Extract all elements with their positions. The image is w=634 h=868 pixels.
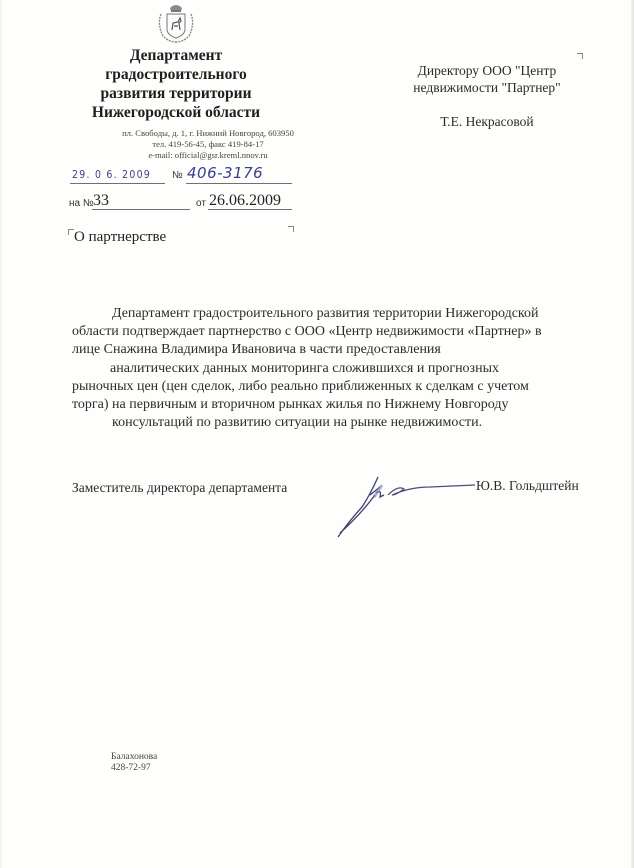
recipient-name: Т.Е. Некрасовой xyxy=(376,114,598,130)
organization-name: Департамент градостроительного развития … xyxy=(90,46,262,122)
signatory-title: Заместитель директора департамента xyxy=(72,480,287,496)
executor-info: Балахонова 428-72-97 xyxy=(111,752,157,774)
ref-date: 26.06.2009 xyxy=(209,192,281,210)
body-line: торга) на первичным и вторичном рынках ж… xyxy=(72,397,509,413)
recipient-line: недвижимости "Партнер" xyxy=(376,79,598,96)
outgoing-number: 406-3176 xyxy=(187,164,263,182)
recipient-block: Директору ООО "Центр недвижимости "Партн… xyxy=(376,62,598,96)
address-line: пл. Свободы, д. 1, г. Нижний Новгород, 6… xyxy=(90,128,326,139)
body-line: аналитических данных мониторинга сложивш… xyxy=(110,361,499,377)
email-line: e-mail: official@gsr.kreml.nnov.ru xyxy=(90,150,326,161)
body-line: лице Снажина Владимира Ивановича в части… xyxy=(72,342,441,358)
org-line: развития территории xyxy=(90,84,262,103)
page-edge-left xyxy=(0,0,2,868)
registration-date-stamp: 29. 0 6. 2009 xyxy=(72,168,151,181)
org-line: Нижегородской области xyxy=(90,103,262,122)
ref-date-label: от xyxy=(196,198,206,209)
coat-of-arms-icon xyxy=(153,2,199,44)
executor-phone: 428-72-97 xyxy=(111,763,157,774)
org-line: градостроительного xyxy=(90,65,262,84)
subject-corner-right xyxy=(288,226,294,232)
ref-number-label: на № xyxy=(69,198,94,209)
signature-icon xyxy=(330,465,480,545)
body-line: области подтверждает партнерство с ООО «… xyxy=(72,324,542,340)
body-line: рыночных цен (цен сделок, либо реально п… xyxy=(72,379,529,395)
body-line: Департамент градостроительного развития … xyxy=(112,306,539,322)
organization-address: пл. Свободы, д. 1, г. Нижний Новгород, 6… xyxy=(90,128,326,161)
executor-name: Балахонова xyxy=(111,752,157,763)
number-label: № xyxy=(172,170,183,181)
org-line: Департамент xyxy=(90,46,262,65)
signatory-name: Ю.В. Гольдштейн xyxy=(476,478,579,494)
recipient-line: Директору ООО "Центр xyxy=(376,62,598,79)
letter-subject: О партнерстве xyxy=(74,229,166,246)
address-line: тел. 419-56-45, факс 419-84-17 xyxy=(90,139,326,150)
recipient-corner xyxy=(577,53,583,59)
body-line: консультаций по развитию ситуации на рын… xyxy=(112,415,482,431)
ref-number: 33 xyxy=(93,192,109,210)
